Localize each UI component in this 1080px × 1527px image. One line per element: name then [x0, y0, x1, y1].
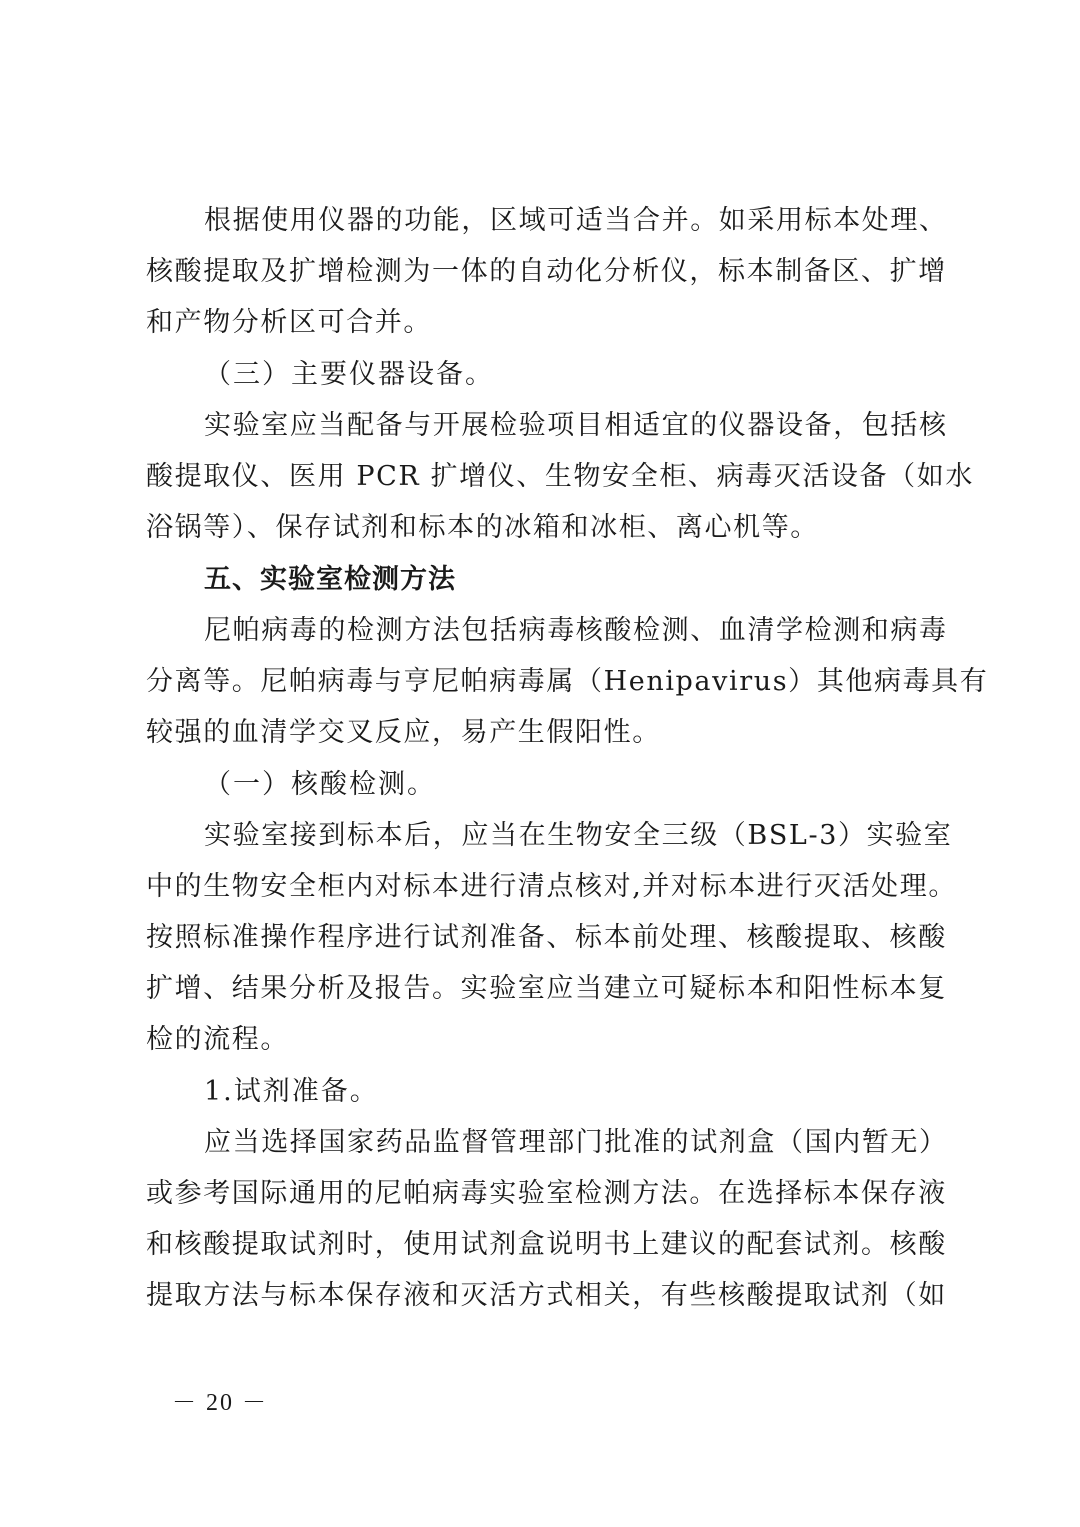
paragraph-line: 根据使用仪器的功能，区域可适当合并。如采用标本处理、	[204, 203, 946, 239]
paragraph-line: 实验室接到标本后，应当在生物安全三级（BSL-3）实验室	[204, 818, 946, 854]
paragraph-line: 扩增、结果分析及报告。实验室应当建立可疑标本和阳性标本复	[146, 971, 946, 1007]
numbered-subheading: 1.试剂准备。	[204, 1074, 1004, 1110]
paragraph-line: 酸提取仪、医用 PCR 扩增仪、生物安全柜、病毒灭活设备（如水	[146, 459, 946, 495]
paragraph-line: 分离等。尼帕病毒与亨尼帕病毒属（Henipavirus）其他病毒具有	[146, 664, 946, 700]
paragraph-line: 核酸提取及扩增检测为一体的自动化分析仪，标本制备区、扩增	[146, 254, 946, 290]
section-subheading: （三）主要仪器设备。	[204, 357, 1004, 393]
paragraph-line: 尼帕病毒的检测方法包括病毒核酸检测、血清学检测和病毒	[204, 613, 946, 649]
section-heading: 五、实验室检测方法	[204, 562, 1004, 598]
paragraph-line: 应当选择国家药品监督管理部门批准的试剂盒（国内暂无）	[204, 1125, 946, 1161]
paragraph-line: 浴锅等）、保存试剂和标本的冰箱和冰柜、离心机等。	[146, 510, 946, 546]
paragraph-line: 较强的血清学交叉反应，易产生假阳性。	[146, 715, 946, 751]
paragraph-line: 和产物分析区可合并。	[146, 305, 946, 341]
document-page: 根据使用仪器的功能，区域可适当合并。如采用标本处理、 核酸提取及扩增检测为一体的…	[0, 0, 1080, 1527]
section-subheading: （一）核酸检测。	[204, 767, 1004, 803]
paragraph-line: 检的流程。	[146, 1022, 946, 1058]
paragraph-line: 提取方法与标本保存液和灭活方式相关，有些核酸提取试剂（如	[146, 1278, 946, 1314]
paragraph-line: 中的生物安全柜内对标本进行清点核对,并对标本进行灭活处理。	[146, 869, 946, 905]
paragraph-line: 和核酸提取试剂时，使用试剂盒说明书上建议的配套试剂。核酸	[146, 1227, 946, 1263]
page-number: － 20 －	[172, 1388, 268, 1418]
paragraph-line: 实验室应当配备与开展检验项目相适宜的仪器设备，包括核	[204, 408, 946, 444]
paragraph-line: 按照标准操作程序进行试剂准备、标本前处理、核酸提取、核酸	[146, 920, 946, 956]
paragraph-line: 或参考国际通用的尼帕病毒实验室检测方法。在选择标本保存液	[146, 1176, 946, 1212]
